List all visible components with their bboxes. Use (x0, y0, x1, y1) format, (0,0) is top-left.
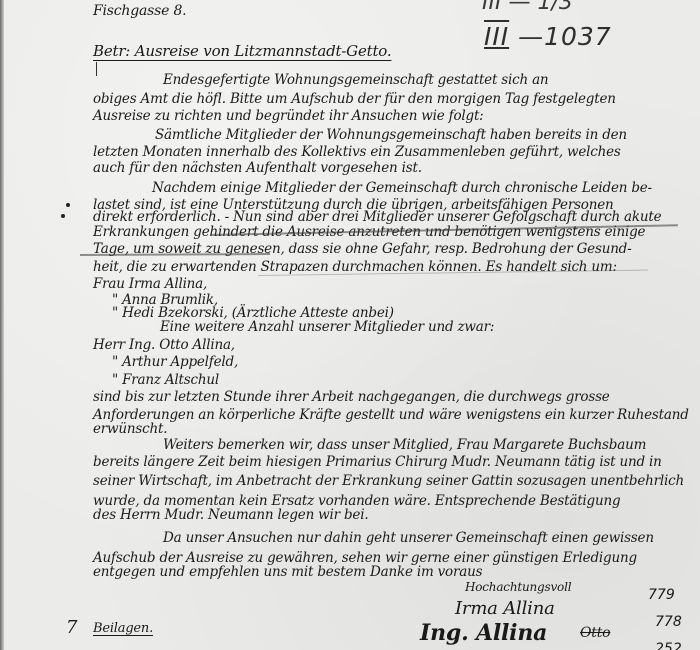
letter-line: Herr Ing. Otto Allina, (93, 339, 235, 353)
letter-line: Sämtliche Mitglieder der Wohnungsgemeins… (155, 129, 627, 143)
signature-irma-allina: Irma Allina (455, 600, 555, 618)
closing-phrase: Hochachtungsvoll (465, 581, 571, 593)
punch-mark (66, 203, 70, 207)
archive-reference-number: —1037 (518, 22, 612, 51)
letter-line: heit, die zu erwartenden Strapazen durch… (93, 261, 617, 275)
archive-reference-top: III — 1/3 (482, 0, 573, 15)
letter-line: " Franz Altschul (112, 374, 219, 388)
letter-line: Da unser Ansuchen nur dahin geht unserer… (163, 532, 654, 546)
archive-reference-prefix: III (484, 22, 509, 51)
margin-mark (96, 62, 97, 76)
letter-line: auch für den nächsten Aufenthalt vorgese… (93, 162, 422, 176)
letter-line: Nachdem einige Mitglieder der Gemeinscha… (152, 182, 652, 196)
letter-line: Endesgefertigte Wohnungsgemeinschaft ges… (163, 74, 548, 88)
letter-line: entgegen und empfehlen uns mit bestem Da… (93, 566, 482, 580)
letter-line: letzten Monaten innerhalb des Kollektivs… (93, 146, 621, 160)
scan-edge (0, 0, 4, 650)
enclosures-count: 7 (66, 617, 77, 638)
signature-number: 779 (648, 587, 675, 603)
letter-line: des Herrn Mudr. Neumann legen wir bei. (93, 509, 368, 523)
letter-subject: Betr: Ausreise von Litzmannstadt-Getto. (93, 44, 391, 59)
signature-otto-allina: Ing. Allina (420, 622, 547, 644)
letter-line: sind bis zur letzten Stunde ihrer Arbeit… (93, 391, 610, 405)
sender-address: Fischgasse 8. (93, 4, 186, 18)
punch-mark (61, 214, 65, 218)
letter-line: Weiters bemerken wir, dass unser Mitglie… (163, 439, 646, 453)
scanned-letter: Fischgasse 8. Betr: Ausreise von Litzman… (0, 0, 700, 650)
letter-line: seiner Wirtschaft, im Anbetracht der Erk… (93, 475, 684, 489)
archive-reference: III —1037 (484, 22, 612, 51)
enclosures-label: Beilagen. (93, 622, 153, 635)
signature-number: 778 (655, 614, 682, 630)
letter-line: Ausreise zu richten und begründet ihr An… (93, 110, 484, 124)
letter-line: bereits längere Zeit beim hiesigen Prima… (93, 456, 662, 470)
letter-line: Anforderungen an körperliche Kräfte gest… (93, 409, 689, 423)
letter-line: Eine weitere Anzahl unserer Mitglieder u… (160, 321, 494, 335)
letter-line: direkt erforderlich. - Nun sind aber dre… (93, 211, 661, 225)
letter-line: Frau Irma Allina, (93, 278, 207, 292)
signature-struck-name: Otto (580, 626, 610, 640)
signature-number: 252 (655, 641, 682, 650)
letter-line: " Arthur Appelfeld, (112, 356, 238, 370)
letter-line: erwünscht. (93, 423, 167, 437)
letter-line: obiges Amt die höfl. Bitte um Aufschub d… (93, 93, 616, 107)
